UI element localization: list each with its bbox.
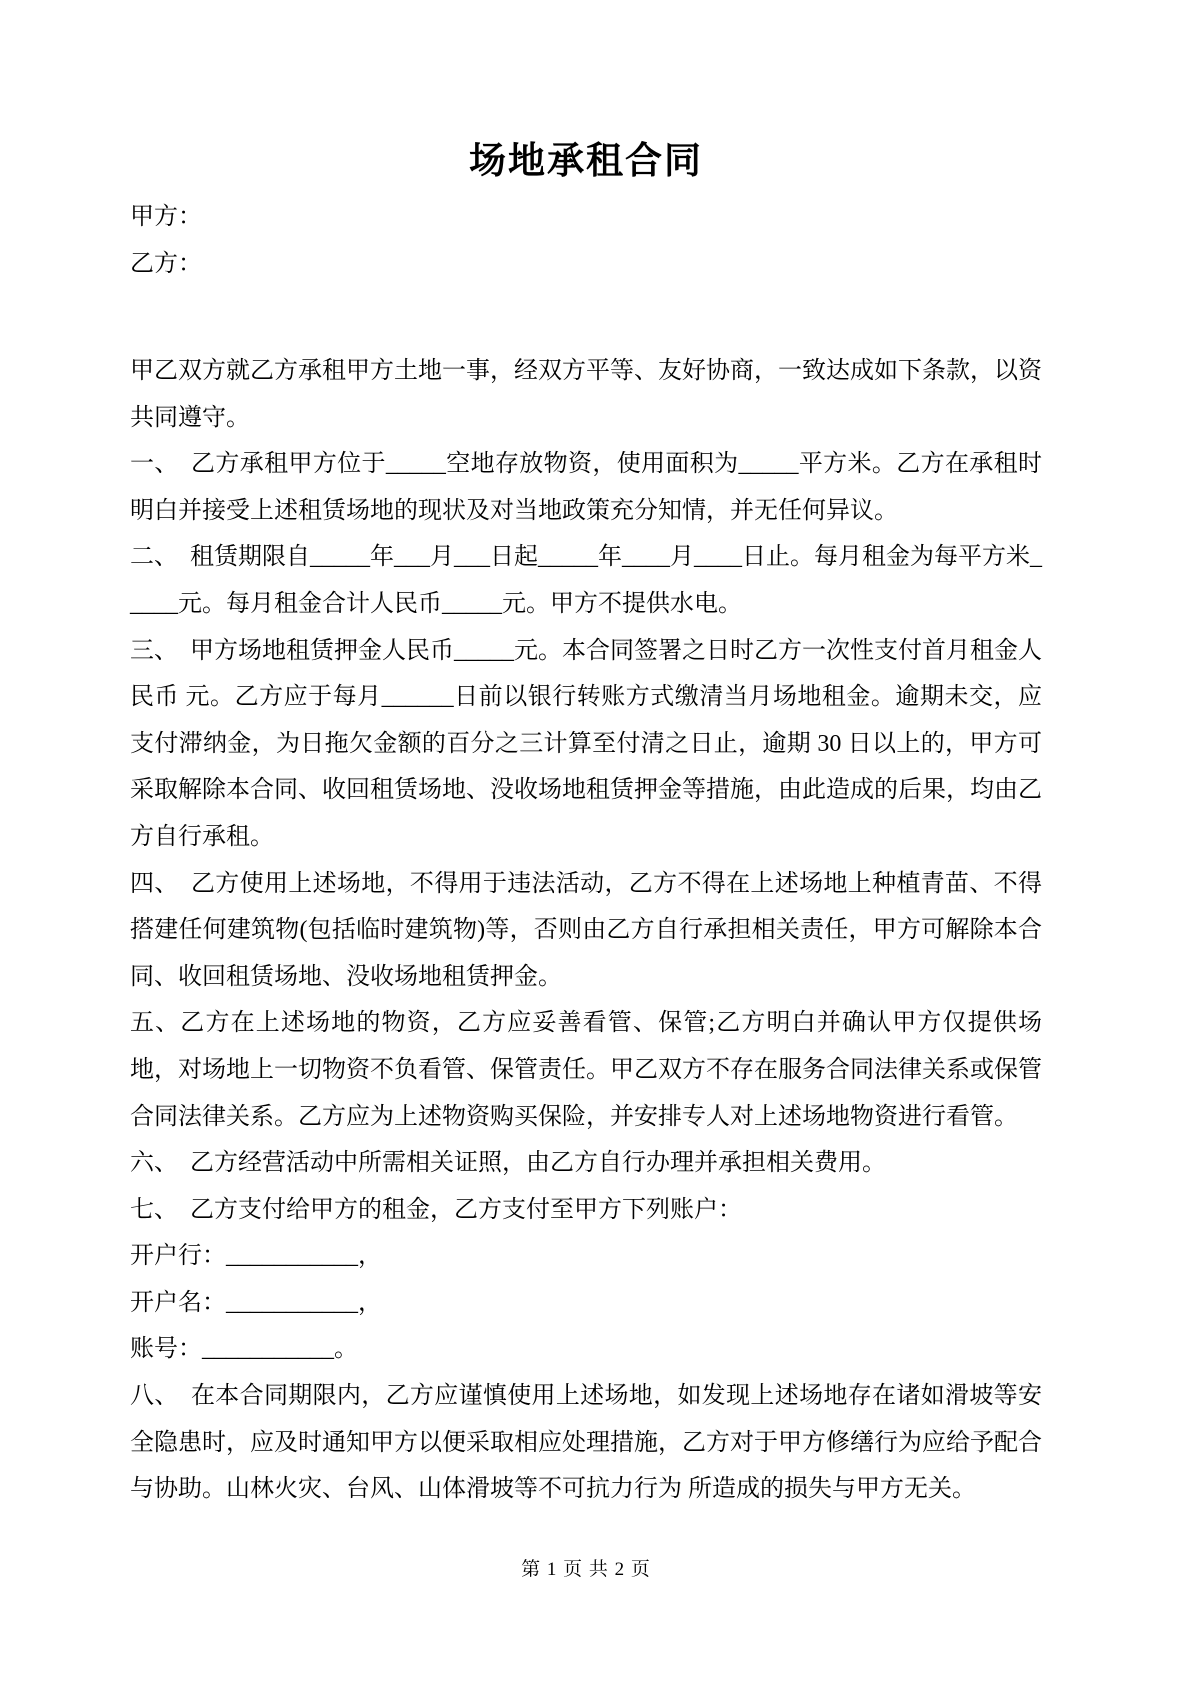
party-b-line: 乙方： [130,241,1042,288]
account-bank-line: 开户行：___________， [130,1233,1042,1280]
account-holder-line: 开户名：___________， [130,1280,1042,1327]
clause-3: 三、 甲方场地租赁押金人民币_____元。本合同签署之日时乙方一次性支付首月租金… [130,628,1042,861]
clause-1: 一、 乙方承租甲方位于_____空地存放物资，使用面积为_____平方米。乙方在… [130,441,1042,534]
intro-paragraph: 甲乙双方就乙方承租甲方土地一事，经双方平等、友好协商，一致达成如下条款，以资共同… [130,348,1042,441]
contract-body: 甲乙双方就乙方承租甲方土地一事，经双方平等、友好协商，一致达成如下条款，以资共同… [130,348,1042,1513]
clause-2: 二、 租赁期限自_____年___月___日起_____年____月____日止… [130,534,1042,627]
account-number-line: 账号：___________。 [130,1326,1042,1373]
clause-6: 六、 乙方经营活动中所需相关证照，由乙方自行办理并承担相关费用。 [130,1140,1042,1187]
page-footer: 第 1 页 共 2 页 [130,1558,1042,1582]
clause-4: 四、 乙方使用上述场地，不得用于违法活动，乙方不得在上述场地上种植青苗、不得搭建… [130,861,1042,1001]
clause-5: 五、乙方在上述场地的物资，乙方应妥善看管、保管;乙方明白并确认甲方仅提供场地，对… [130,1000,1042,1140]
clause-8: 八、 在本合同期限内，乙方应谨慎使用上述场地，如发现上述场地存在诸如滑坡等安全隐… [130,1373,1042,1513]
clause-7: 七、 乙方支付给甲方的租金，乙方支付至甲方下列账户： [130,1187,1042,1234]
document-title: 场地承租合同 [130,138,1042,186]
party-a-line: 甲方： [130,194,1042,241]
contract-content: 场地承租合同 甲方： 乙方： 甲乙双方就乙方承租甲方土地一事，经双方平等、友好协… [0,0,1190,1513]
contract-page: 场地承租合同 甲方： 乙方： 甲乙双方就乙方承租甲方土地一事，经双方平等、友好协… [0,0,1190,1683]
